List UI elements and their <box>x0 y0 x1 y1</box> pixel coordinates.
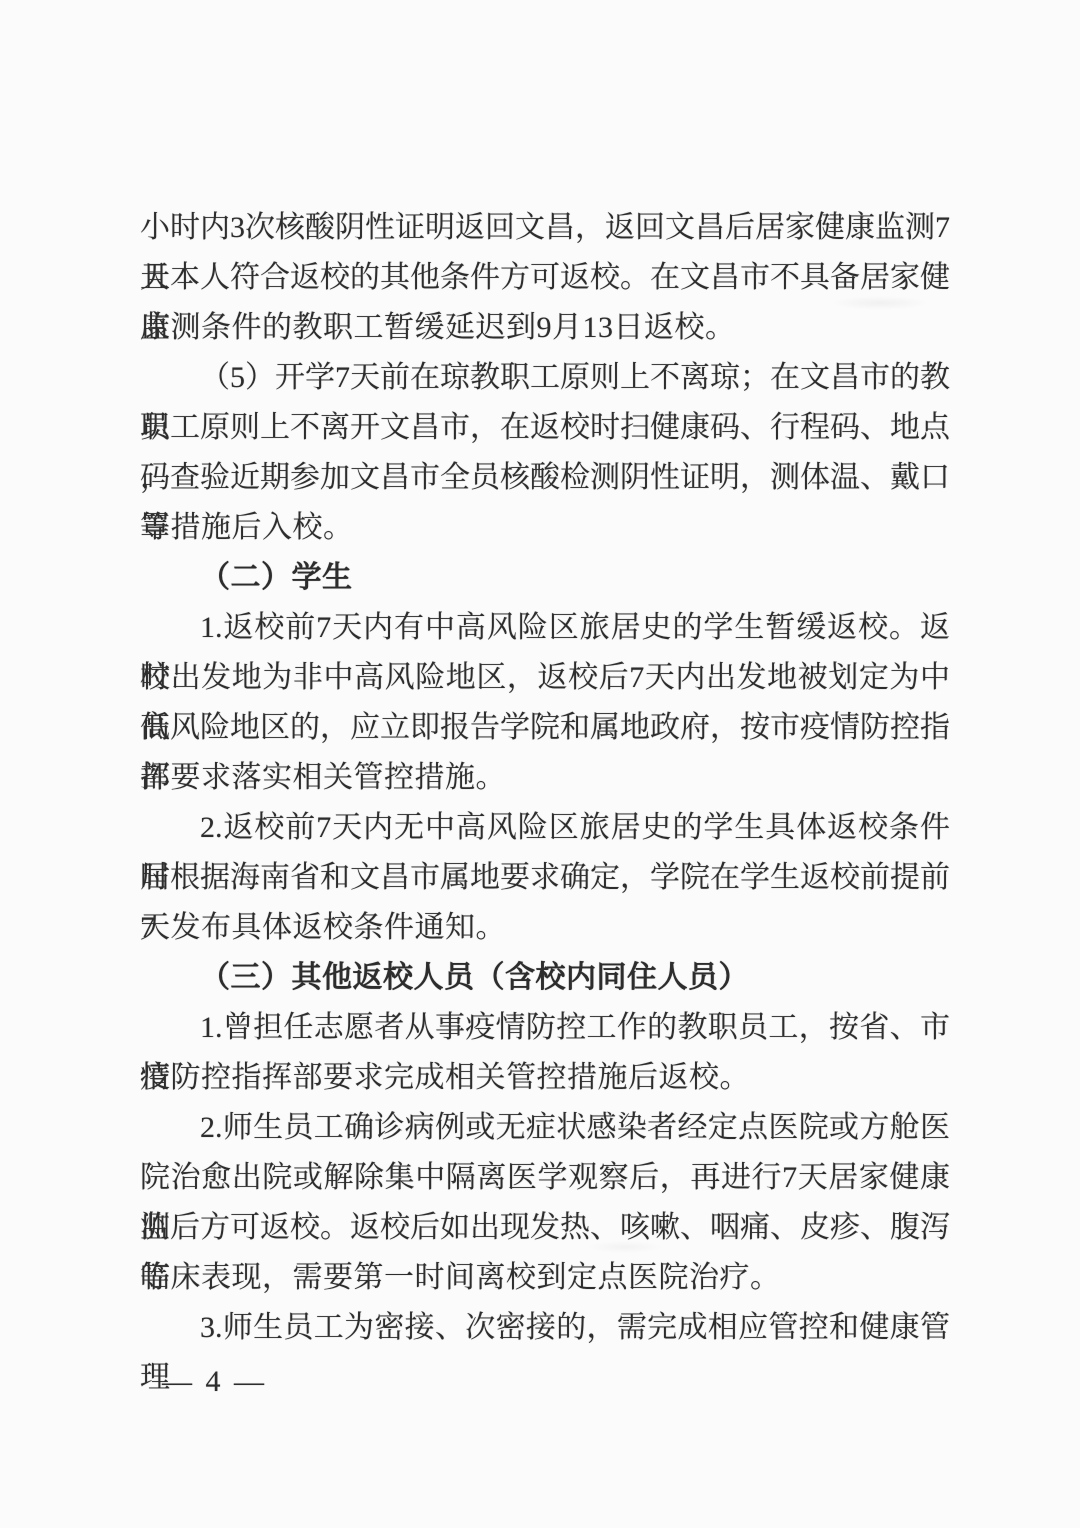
document-line: ，查验近期参加文昌市全员核酸检测阴性证明，测体温、戴口罩 <box>140 453 950 503</box>
document-line: （二）学生 <box>140 553 950 603</box>
document-line: 时出发地为非中高风险地区，返校后7天内出发地被划定为中高 <box>140 653 950 703</box>
document-line: 2.返校前7天内无中高风险区旅居史的学生具体返校条件届 <box>140 803 950 853</box>
document-line: 小时内3次核酸阴性证明返回文昌，返回文昌后居家健康监测7天 <box>140 203 950 253</box>
document-line: 测后方可返校。返校后如出现发热、咳嗽、咽痛、皮疹、腹泻等 <box>140 1203 950 1253</box>
document-line: 院治愈出院或解除集中隔离医学观察后，再进行7天居家健康监 <box>140 1153 950 1203</box>
document-line: 时根据海南省和文昌市属地要求确定，学院在学生返校前提前7 <box>140 853 950 903</box>
document-page: 小时内3次核酸阴性证明返回文昌，返回文昌后居家健康监测7天且本人符合返校的其他条… <box>0 0 1080 1528</box>
document-line: 情防控指挥部要求完成相关管控措施后返校。 <box>140 1053 950 1103</box>
document-line: 且本人符合返校的其他条件方可返校。在文昌市不具备居家健康 <box>140 253 950 303</box>
document-line: （5）开学7天前在琼教职工原则上不离琼；在文昌市的教职 <box>140 353 950 403</box>
document-body: 小时内3次核酸阴性证明返回文昌，返回文昌后居家健康监测7天且本人符合返校的其他条… <box>140 203 950 1353</box>
page-number: — 4 — <box>162 1357 267 1407</box>
document-line: 低风险地区的，应立即报告学院和属地政府，按市疫情防控指挥 <box>140 703 950 753</box>
document-line: 2.师生员工确诊病例或无症状感染者经定点医院或方舱医 <box>140 1103 950 1153</box>
document-line: 监测条件的教职工暂缓延迟到9月13日返校。 <box>140 303 950 353</box>
document-line: （三）其他返校人员（含校内同住人员） <box>140 953 950 1003</box>
document-line: 部要求落实相关管控措施。 <box>140 753 950 803</box>
document-line: 3.师生员工为密接、次密接的，需完成相应管控和健康管理 <box>140 1303 950 1353</box>
document-line: 1.返校前7天内有中高风险区旅居史的学生暂缓返校。返校 <box>140 603 950 653</box>
document-line: 天发布具体返校条件通知。 <box>140 903 950 953</box>
document-line: 员工原则上不离开文昌市，在返校时扫健康码、行程码、地点码 <box>140 403 950 453</box>
document-line: 1.曾担任志愿者从事疫情防控工作的教职员工，按省、市疫 <box>140 1003 950 1053</box>
document-line: 临床表现，需要第一时间离校到定点医院治疗。 <box>140 1253 950 1303</box>
document-line: 等措施后入校。 <box>140 503 950 553</box>
